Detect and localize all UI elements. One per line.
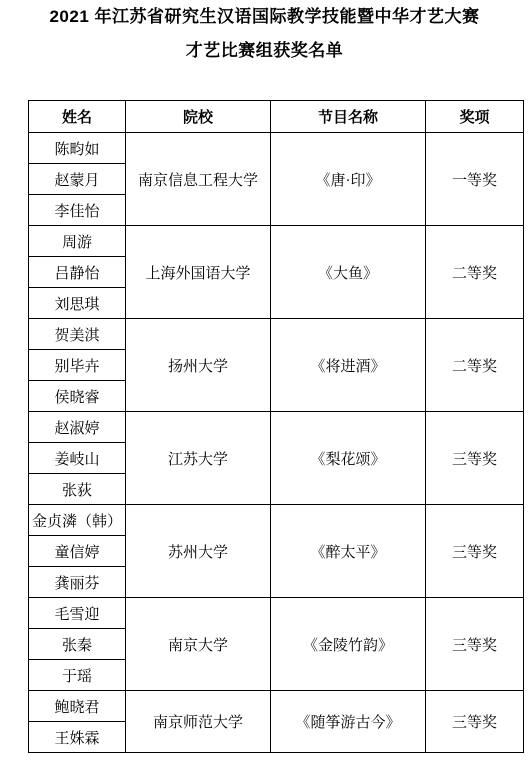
table-body: 陈畇如南京信息工程大学《唐·印》一等奖赵蒙月李佳怡周游上海外国语大学《大鱼》二等… xyxy=(29,133,524,753)
school-cell: 上海外国语大学 xyxy=(126,226,271,319)
school-cell: 江苏大学 xyxy=(126,412,271,505)
table-row: 赵淑婷江苏大学《梨花颂》三等奖 xyxy=(29,412,524,443)
table-header-row: 姓名院校节目名称奖项 xyxy=(29,101,524,133)
name-cell: 张秦 xyxy=(29,629,126,660)
document-title: 2021 年江苏省研究生汉语国际教学技能暨中华才艺大赛 才艺比赛组获奖名单 xyxy=(0,0,529,68)
name-cell: 陈畇如 xyxy=(29,133,126,164)
award-cell: 一等奖 xyxy=(426,133,524,226)
name-cell: 王姝霖 xyxy=(29,722,126,753)
name-cell: 毛雪迎 xyxy=(29,598,126,629)
school-cell: 南京信息工程大学 xyxy=(126,133,271,226)
school-cell: 南京大学 xyxy=(126,598,271,691)
document-page: 2021 年江苏省研究生汉语国际教学技能暨中华才艺大赛 才艺比赛组获奖名单 姓名… xyxy=(0,0,529,772)
table-row: 陈畇如南京信息工程大学《唐·印》一等奖 xyxy=(29,133,524,164)
program-cell: 《醉太平》 xyxy=(271,505,426,598)
name-cell: 别毕卉 xyxy=(29,350,126,381)
award-cell: 三等奖 xyxy=(426,598,524,691)
name-cell: 刘思琪 xyxy=(29,288,126,319)
table-row: 周游上海外国语大学《大鱼》二等奖 xyxy=(29,226,524,257)
name-cell: 赵淑婷 xyxy=(29,412,126,443)
awards-table: 姓名院校节目名称奖项 陈畇如南京信息工程大学《唐·印》一等奖赵蒙月李佳怡周游上海… xyxy=(28,100,524,753)
title-line-2: 才艺比赛组获奖名单 xyxy=(0,34,529,68)
title-line-1: 2021 年江苏省研究生汉语国际教学技能暨中华才艺大赛 xyxy=(0,0,529,34)
table-row: 鲍晓君南京师范大学《随筝游古今》三等奖 xyxy=(29,691,524,722)
award-cell: 三等奖 xyxy=(426,691,524,753)
program-cell: 《金陵竹韵》 xyxy=(271,598,426,691)
school-cell: 南京师范大学 xyxy=(126,691,271,753)
program-cell: 《唐·印》 xyxy=(271,133,426,226)
name-cell: 赵蒙月 xyxy=(29,164,126,195)
award-cell: 二等奖 xyxy=(426,226,524,319)
name-cell: 于瑶 xyxy=(29,660,126,691)
name-cell: 鲍晓君 xyxy=(29,691,126,722)
name-cell: 张荻 xyxy=(29,474,126,505)
name-cell: 李佳怡 xyxy=(29,195,126,226)
school-cell: 扬州大学 xyxy=(126,319,271,412)
program-cell: 《梨花颂》 xyxy=(271,412,426,505)
name-cell: 周游 xyxy=(29,226,126,257)
award-cell: 三等奖 xyxy=(426,412,524,505)
name-cell: 侯晓睿 xyxy=(29,381,126,412)
column-header: 姓名 xyxy=(29,101,126,133)
name-cell: 金贞潾（韩） xyxy=(29,505,126,536)
column-header: 节目名称 xyxy=(271,101,426,133)
program-cell: 《大鱼》 xyxy=(271,226,426,319)
column-header: 奖项 xyxy=(426,101,524,133)
name-cell: 贺美淇 xyxy=(29,319,126,350)
program-cell: 《将进酒》 xyxy=(271,319,426,412)
table-row: 毛雪迎南京大学《金陵竹韵》三等奖 xyxy=(29,598,524,629)
table-row: 贺美淇扬州大学《将进酒》二等奖 xyxy=(29,319,524,350)
program-cell: 《随筝游古今》 xyxy=(271,691,426,753)
award-cell: 三等奖 xyxy=(426,505,524,598)
name-cell: 龚丽芬 xyxy=(29,567,126,598)
award-cell: 二等奖 xyxy=(426,319,524,412)
name-cell: 姜岐山 xyxy=(29,443,126,474)
column-header: 院校 xyxy=(126,101,271,133)
name-cell: 吕静怡 xyxy=(29,257,126,288)
school-cell: 苏州大学 xyxy=(126,505,271,598)
table-row: 金贞潾（韩）苏州大学《醉太平》三等奖 xyxy=(29,505,524,536)
name-cell: 童信婷 xyxy=(29,536,126,567)
